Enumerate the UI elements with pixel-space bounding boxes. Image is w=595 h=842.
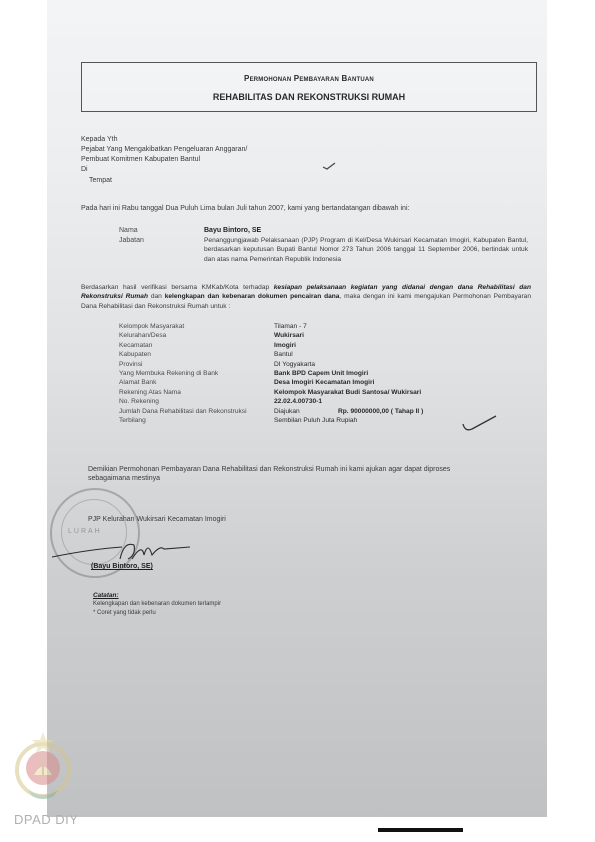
signer-name-label: Nama [119, 226, 138, 235]
checkmark-icon [462, 414, 498, 434]
detail-label: Kelompok Masyarakat [119, 322, 184, 331]
detail-value: Bank BPD Capem Unit Imogiri [274, 369, 368, 378]
detail-label: Provinsi [119, 360, 142, 369]
notes-heading: Catatan: [93, 591, 119, 600]
stamp-text: LURAH [68, 528, 102, 535]
notes-line2: * Coret yang tidak perlu [93, 609, 156, 618]
addressee-line3: Di [81, 165, 88, 174]
detail-label: Kelurahan/Desa [119, 331, 166, 340]
detail-label: Alamat Bank [119, 378, 156, 387]
notes-heading-text: Catatan: [93, 592, 119, 599]
signer-position-label: Jabatan [119, 236, 144, 245]
addressee-line4: Tempat [89, 176, 112, 185]
basis-part1: Berdasarkan hasil verifikasi bersama KMK… [81, 284, 274, 291]
dpad-logo-icon [14, 730, 72, 802]
signer-printed-name: (Bayu Bintoro, SE) [91, 562, 153, 571]
detail-amount: Rp. 90000000,00 ( Tahap II ) [338, 407, 423, 416]
detail-label: Kecamatan [119, 341, 152, 350]
divider-bar [378, 828, 463, 832]
watermark-text: DPAD DIY [14, 812, 78, 827]
signature-icon [52, 535, 192, 565]
checkmark-icon [322, 162, 336, 170]
detail-value: Diajukan [274, 407, 300, 416]
signer-name-value: Bayu Bintoro, SE [204, 226, 261, 235]
signer-position-value: Penanggungjawab Pelaksanaan (PJP) Progra… [204, 236, 528, 264]
detail-value: Desa Imogiri Kecamatan Imogiri [274, 378, 374, 387]
document-header-box: Permohonan Pembayaran Bantuan REHABILITA… [81, 62, 537, 112]
detail-value: Kelompok Masyarakat Budi Santosa/ Wukirs… [274, 388, 421, 397]
detail-value: Bantul [274, 350, 293, 359]
signature-title: PJP Kelurahan Wukirsari Kecamatan Imogir… [88, 515, 226, 524]
basis-paragraph: Berdasarkan hasil verifikasi bersama KMK… [81, 283, 531, 311]
basis-part3: dan [148, 293, 165, 300]
detail-value: Wukirsari [274, 331, 304, 340]
addressee-line2: Pembuat Komitmen Kabupaten Bantul [81, 155, 200, 164]
detail-value: 22.02.4.00730-1 [274, 397, 322, 406]
header-title-line2: REHABILITAS DAN REKONSTRUKSI RUMAH [82, 92, 536, 102]
detail-value: Tilaman - 7 [274, 322, 307, 331]
detail-value: DI Yogyakarta [274, 360, 315, 369]
detail-label: No. Rekening [119, 397, 159, 406]
closing-line1: Demikian Permohonan Pembayaran Dana Reha… [88, 465, 450, 474]
detail-value: Sembilan Puluh Juta Rupiah [274, 416, 357, 425]
closing-line2: sebagaimana mestinya [88, 474, 160, 483]
detail-label: Yang Membuka Rekening di Bank [119, 369, 218, 378]
basis-part4: kelengkapan dan kebenaran dokumen pencai… [165, 293, 340, 300]
detail-label: Jumlah Dana Rehabilitasi dan Rekonstruks… [119, 407, 247, 416]
detail-value: Imogiri [274, 341, 296, 350]
detail-label: Rekening Atas Nama [119, 388, 181, 397]
detail-label: Kabupaten [119, 350, 151, 359]
header-title-line1: Permohonan Pembayaran Bantuan [82, 74, 536, 83]
addressee-greeting: Kepada Yth [81, 135, 117, 144]
notes-line1: Kelengkapan dan kebenaran dokumen terlam… [93, 600, 221, 609]
opening-sentence: Pada hari ini Rabu tanggal Dua Puluh Lim… [81, 204, 409, 213]
addressee-line1: Pejabat Yang Mengakibatkan Pengeluaran A… [81, 145, 247, 154]
signer-printed-name-text: (Bayu Bintoro, SE) [91, 563, 153, 570]
detail-label: Terbilang [119, 416, 146, 425]
